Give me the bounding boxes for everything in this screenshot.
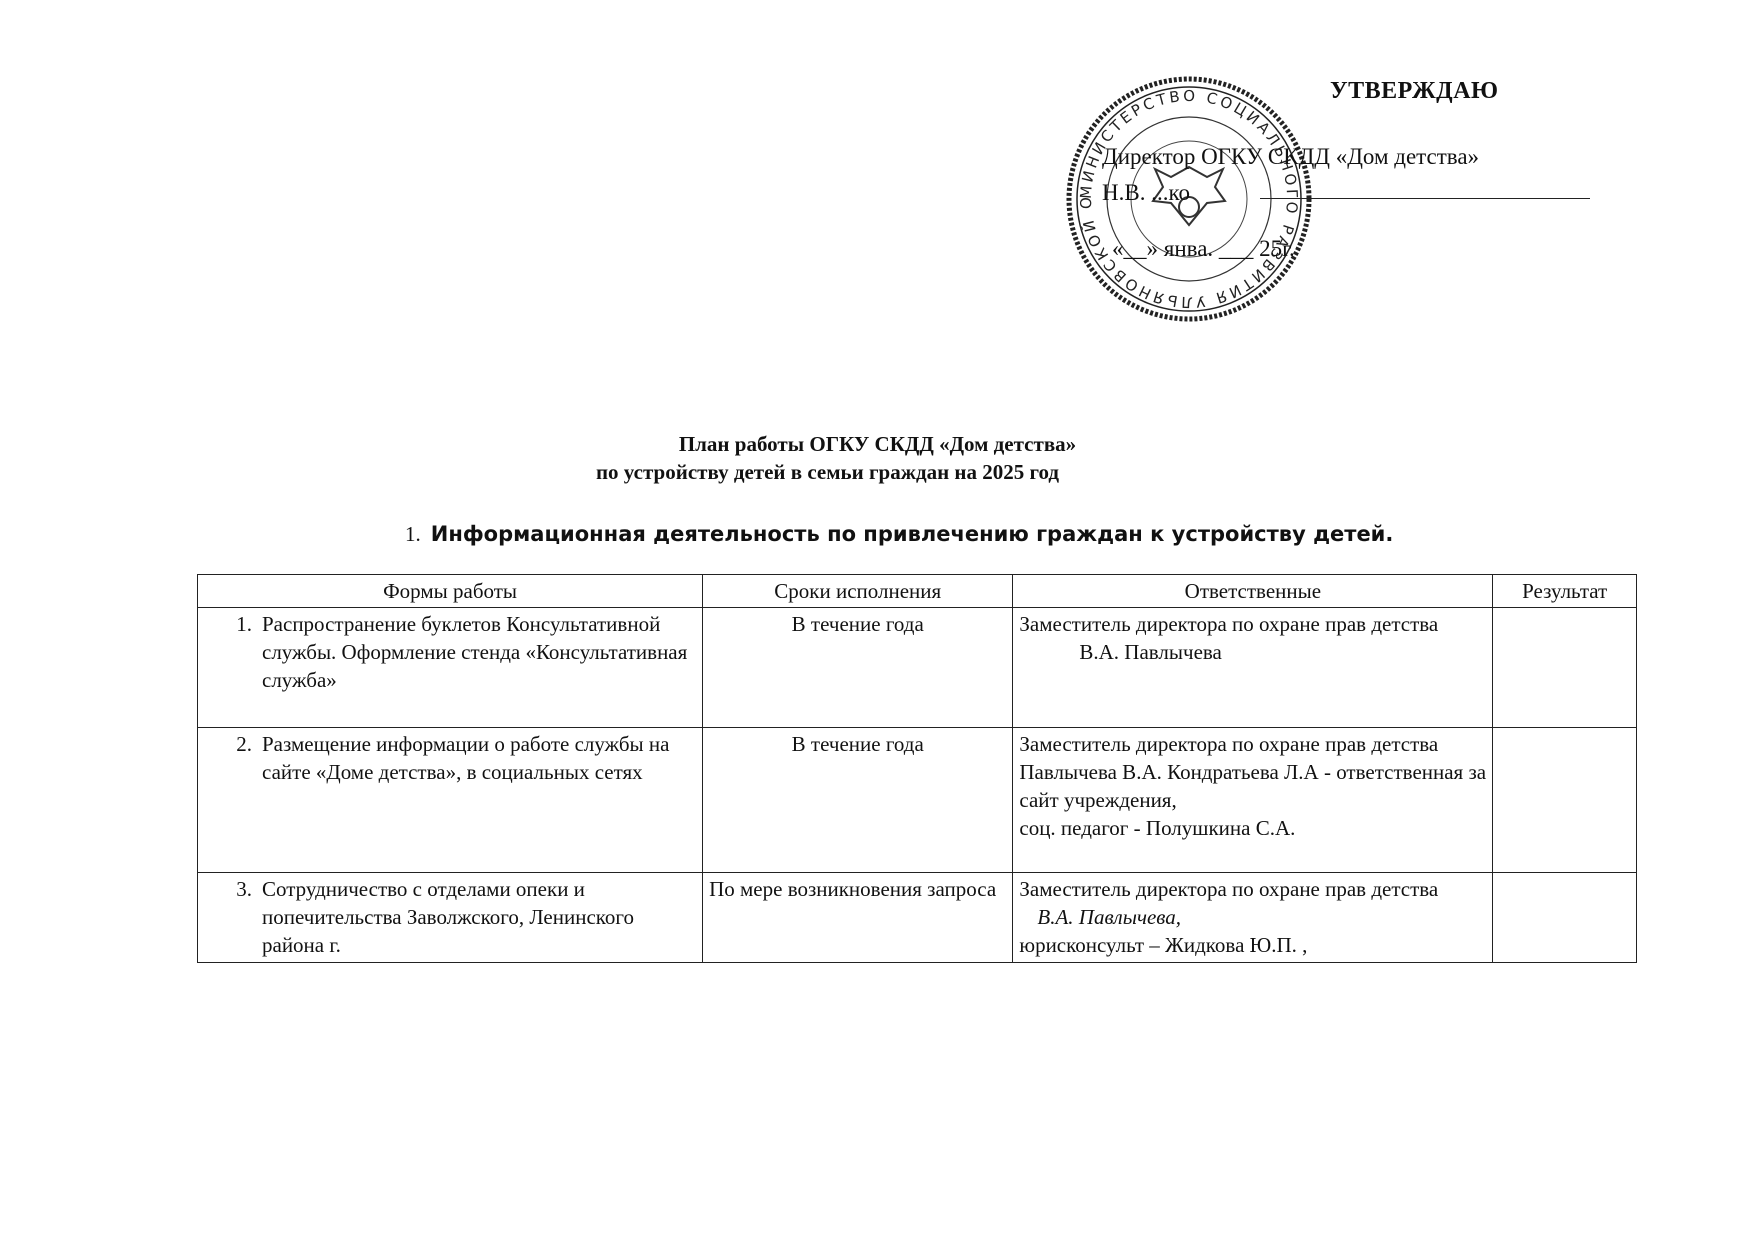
document-subtitle: по устройству детей в семьи граждан на 2… bbox=[0, 460, 1705, 485]
cell-term: В течение года bbox=[703, 608, 1013, 728]
cell-result bbox=[1493, 728, 1637, 873]
cell-form: 3.Сотрудничество с отделами опеки и попе… bbox=[198, 873, 703, 963]
row-number: 3. bbox=[204, 875, 262, 959]
responsible-role: Заместитель директора по охране прав дет… bbox=[1019, 612, 1438, 636]
work-plan-table: Формы работы Сроки исполнения Ответствен… bbox=[197, 574, 1637, 963]
cell-result bbox=[1493, 608, 1637, 728]
document-title: План работы ОГКУ СКДД «Дом детства» bbox=[0, 432, 1755, 457]
row-number: 2. bbox=[204, 730, 262, 786]
section-number: 1. bbox=[405, 522, 421, 546]
cell-result bbox=[1493, 873, 1637, 963]
table-row: 2.Размещение информации о работе службы … bbox=[198, 728, 1637, 873]
table-row: 1.Распространение буклетов Консультативн… bbox=[198, 608, 1637, 728]
cell-form: 2.Размещение информации о работе службы … bbox=[198, 728, 703, 873]
section-title: Информационная деятельность по привлечен… bbox=[431, 522, 1394, 546]
cell-responsible: Заместитель директора по охране прав дет… bbox=[1013, 873, 1493, 963]
row-number: 1. bbox=[204, 610, 262, 694]
header-terms: Сроки исполнения bbox=[703, 575, 1013, 608]
responsible-role: Заместитель директора по охране прав дет… bbox=[1019, 730, 1486, 814]
table-row: 3.Сотрудничество с отделами опеки и попе… bbox=[198, 873, 1637, 963]
responsible-role: Заместитель директора по охране прав дет… bbox=[1019, 877, 1438, 901]
form-text: Распространение буклетов Консультативной… bbox=[262, 610, 696, 694]
approval-position: Директор ОГКУ СКДД «Дом детства» bbox=[1102, 144, 1479, 170]
responsible-second: юрисконсульт – Жидкова Ю.П. , bbox=[1019, 931, 1486, 959]
responsible-name: В.А. Павлычева, bbox=[1037, 905, 1181, 929]
header-responsible: Ответственные bbox=[1013, 575, 1493, 608]
approval-signature-name: Н.В. ...ко bbox=[1102, 180, 1190, 206]
cell-form: 1.Распространение буклетов Консультативн… bbox=[198, 608, 703, 728]
form-text: Размещение информации о работе службы на… bbox=[262, 730, 696, 786]
responsible-name: В.А. Павлычева bbox=[1079, 640, 1221, 664]
header-forms: Формы работы bbox=[198, 575, 703, 608]
signature-line bbox=[1260, 198, 1590, 199]
approval-date: «__» янва. ___ 25г. bbox=[1112, 236, 1295, 262]
form-text: Сотрудничество с отделами опеки и попечи… bbox=[262, 875, 696, 959]
cell-term: По мере возникновения запроса bbox=[703, 873, 1013, 963]
responsible-name: соц. педагог - Полушкина С.А. bbox=[1019, 814, 1486, 842]
cell-responsible: Заместитель директора по охране прав дет… bbox=[1013, 608, 1493, 728]
section-heading: 1.Информационная деятельность по привлеч… bbox=[405, 522, 1393, 547]
header-result: Результат bbox=[1493, 575, 1637, 608]
table-header-row: Формы работы Сроки исполнения Ответствен… bbox=[198, 575, 1637, 608]
cell-responsible: Заместитель директора по охране прав дет… bbox=[1013, 728, 1493, 873]
approval-heading: УТВЕРЖДАЮ bbox=[1330, 78, 1499, 105]
cell-term: В течение года bbox=[703, 728, 1013, 873]
